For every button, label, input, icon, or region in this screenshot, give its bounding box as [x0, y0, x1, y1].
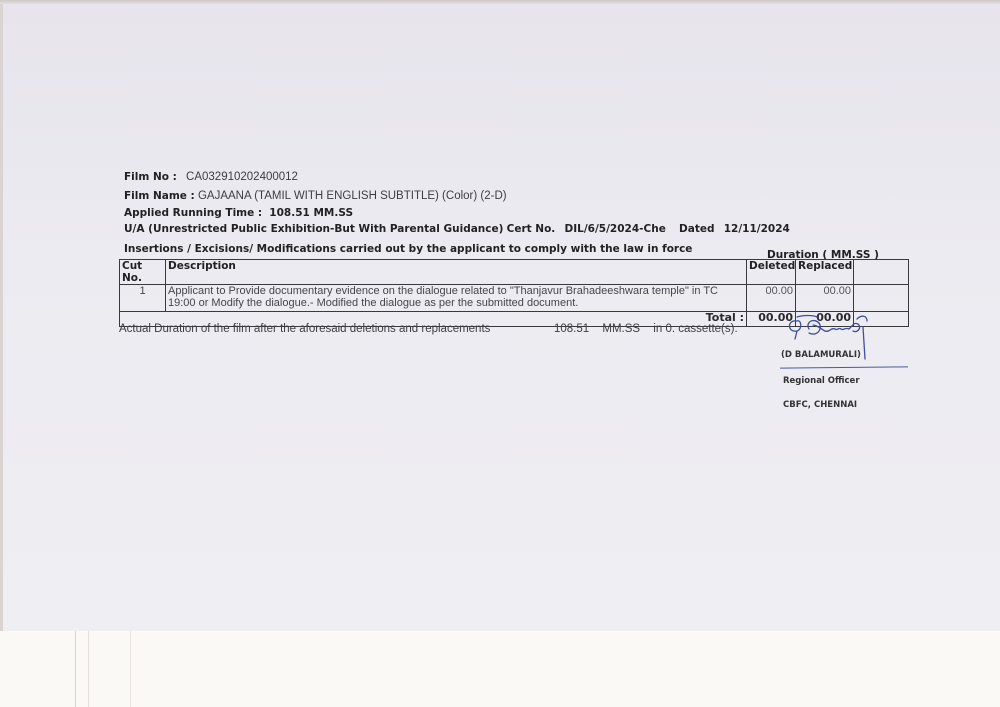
page-crease — [130, 631, 131, 707]
certificate-category: U/A (Unrestricted Public Exhibition-But … — [124, 223, 503, 235]
signatory-name: (D BALAMURALI) — [781, 350, 861, 360]
header-empty — [854, 260, 909, 285]
deleted-cell: 00.00 — [747, 285, 796, 312]
film-name: Film Name : GAJAANA (TAMIL WITH ENGLISH … — [124, 190, 507, 202]
empty-cell — [854, 285, 909, 312]
description-cell: Applicant to Provide documentary evidenc… — [166, 285, 747, 312]
replaced-cell: 00.00 — [796, 285, 854, 312]
running-time-label: Applied Running Time : — [124, 207, 262, 219]
film-name-label: Film Name : — [124, 190, 195, 202]
actual-duration-unit: MM.SS — [602, 323, 640, 335]
header-description: Description — [166, 260, 747, 285]
underlying-page — [0, 631, 1000, 707]
table-header-row: Cut No. Description Deleted Replaced — [120, 260, 909, 285]
actual-duration-label: Actual Duration of the film after the af… — [119, 323, 490, 335]
certificate-line: U/A (Unrestricted Public Exhibition-But … — [124, 223, 790, 235]
section-heading: Insertions / Excisions/ Modifications ca… — [124, 243, 692, 255]
cert-no-value: DIL/6/5/2024-Che — [565, 223, 666, 235]
signatory-role: Regional Officer — [783, 376, 860, 386]
film-no: Film No : CA032910202400012 — [124, 171, 298, 183]
signatory-office: CBFC, CHENNAI — [783, 400, 857, 410]
section-heading-text: Insertions / Excisions/ Modifications ca… — [124, 243, 692, 255]
cassettes-text: in 0. cassette(s). — [653, 323, 737, 335]
applied-running-time: Applied Running Time : 108.51 MM.SS — [124, 207, 353, 219]
table-row: 1 Applicant to Provide documentary evide… — [120, 285, 909, 312]
header-replaced: Replaced — [796, 260, 854, 285]
film-name-value: GAJAANA (TAMIL WITH ENGLISH SUBTITLE) (C… — [198, 190, 507, 202]
actual-duration-value: 108.51 — [554, 323, 589, 335]
cert-date: 12/11/2024 — [724, 223, 790, 235]
header-deleted: Deleted — [747, 260, 796, 285]
film-no-label: Film No : — [124, 171, 177, 183]
page-crease — [88, 631, 89, 707]
film-no-value: CA032910202400012 — [186, 171, 298, 183]
actual-duration: 108.51 MM.SS in 0. cassette(s). — [554, 323, 748, 335]
header-cut-no: Cut No. — [120, 260, 166, 285]
page-crease — [75, 631, 76, 707]
dated-label: Dated — [679, 223, 714, 235]
cut-no-cell: 1 — [120, 285, 166, 312]
cert-no-label: Cert No. — [507, 223, 556, 235]
scan-edge-top — [0, 0, 1000, 4]
running-time-value: 108.51 MM.SS — [269, 207, 353, 219]
